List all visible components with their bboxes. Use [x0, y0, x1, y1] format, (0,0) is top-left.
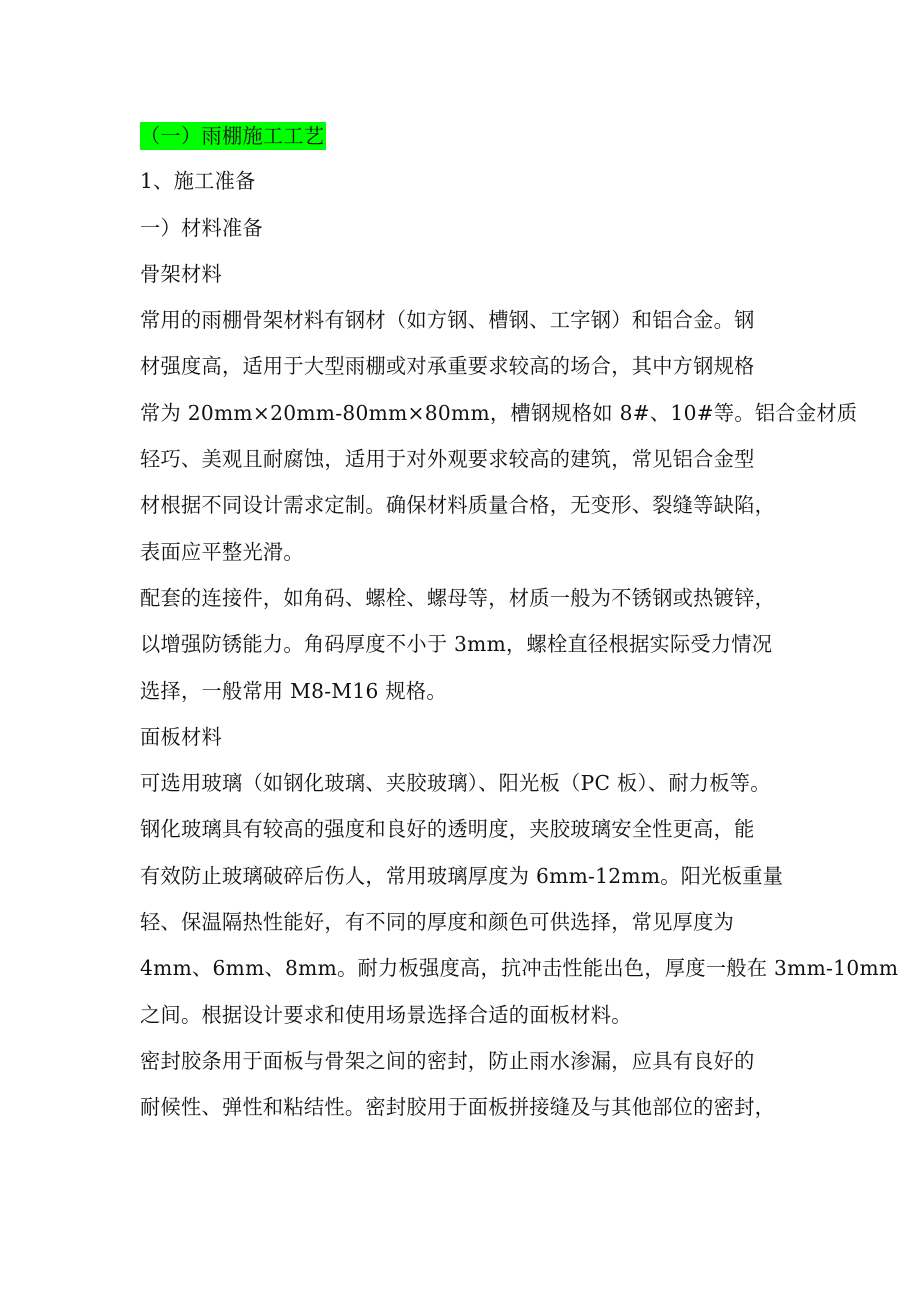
text-line: 密封胶条用于面板与骨架之间的密封，防止雨水渗漏，应具有良好的	[140, 1038, 800, 1084]
highlighted-title: （一）雨棚施工工艺	[140, 122, 326, 150]
text-line: 常为 20mm×20mm-80mm×80mm，槽钢规格如 8#、10#等。铝合金…	[140, 390, 800, 436]
text-line: 耐候性、弹性和粘结性。密封胶用于面板拼接缝及与其他部位的密封，	[140, 1084, 800, 1130]
text-line: 之间。根据设计要求和使用场景选择合适的面板材料。	[140, 992, 800, 1038]
text-line: 表面应平整光滑。	[140, 529, 800, 575]
panel-materials-paragraph-1: 可选用玻璃（如钢化玻璃、夹胶玻璃）、阳光板（PC 板）、耐力板等。 钢化玻璃具有…	[140, 760, 800, 1038]
text-line: 常用的雨棚骨架材料有钢材（如方钢、槽钢、工字钢）和铝合金。钢	[140, 297, 800, 343]
text-line: 以增强防锈能力。角码厚度不小于 3mm，螺栓直径根据实际受力情况	[140, 621, 800, 667]
subsection-heading: 一）材料准备	[140, 205, 800, 251]
text-line: 材根据不同设计需求定制。确保材料质量合格，无变形、裂缝等缺陷，	[140, 482, 800, 528]
frame-materials-paragraph-1: 常用的雨棚骨架材料有钢材（如方钢、槽钢、工字钢）和铝合金。钢 材强度高，适用于大…	[140, 297, 800, 575]
panel-materials-paragraph-2: 密封胶条用于面板与骨架之间的密封，防止雨水渗漏，应具有良好的 耐候性、弹性和粘结…	[140, 1038, 800, 1131]
text-line: 有效防止玻璃破碎后伤人，常用玻璃厚度为 6mm-12mm。阳光板重量	[140, 853, 800, 899]
text-line: 轻、保温隔热性能好，有不同的厚度和颜色可供选择，常见厚度为	[140, 899, 800, 945]
frame-materials-paragraph-2: 配套的连接件，如角码、螺栓、螺母等，材质一般为不锈钢或热镀锌， 以增强防锈能力。…	[140, 575, 800, 714]
document-page: （一）雨棚施工工艺 1、施工准备 一）材料准备 骨架材料 常用的雨棚骨架材料有钢…	[140, 112, 800, 1131]
text-line: 配套的连接件，如角码、螺栓、螺母等，材质一般为不锈钢或热镀锌，	[140, 575, 800, 621]
text-line: 选择，一般常用 M8-M16 规格。	[140, 668, 800, 714]
text-line: 4mm、6mm、8mm。耐力板强度高，抗冲击性能出色，厚度一般在 3mm-10m…	[140, 945, 800, 991]
text-line: 可选用玻璃（如钢化玻璃、夹胶玻璃）、阳光板（PC 板）、耐力板等。	[140, 760, 800, 806]
panel-materials-heading: 面板材料	[140, 714, 800, 760]
frame-materials-heading: 骨架材料	[140, 251, 800, 297]
text-line: 材强度高，适用于大型雨棚或对承重要求较高的场合，其中方钢规格	[140, 343, 800, 389]
title-line: （一）雨棚施工工艺	[140, 112, 800, 158]
section-heading: 1、施工准备	[140, 158, 800, 204]
text-line: 钢化玻璃具有较高的强度和良好的透明度，夹胶玻璃安全性更高，能	[140, 806, 800, 852]
text-line: 轻巧、美观且耐腐蚀，适用于对外观要求较高的建筑，常见铝合金型	[140, 436, 800, 482]
